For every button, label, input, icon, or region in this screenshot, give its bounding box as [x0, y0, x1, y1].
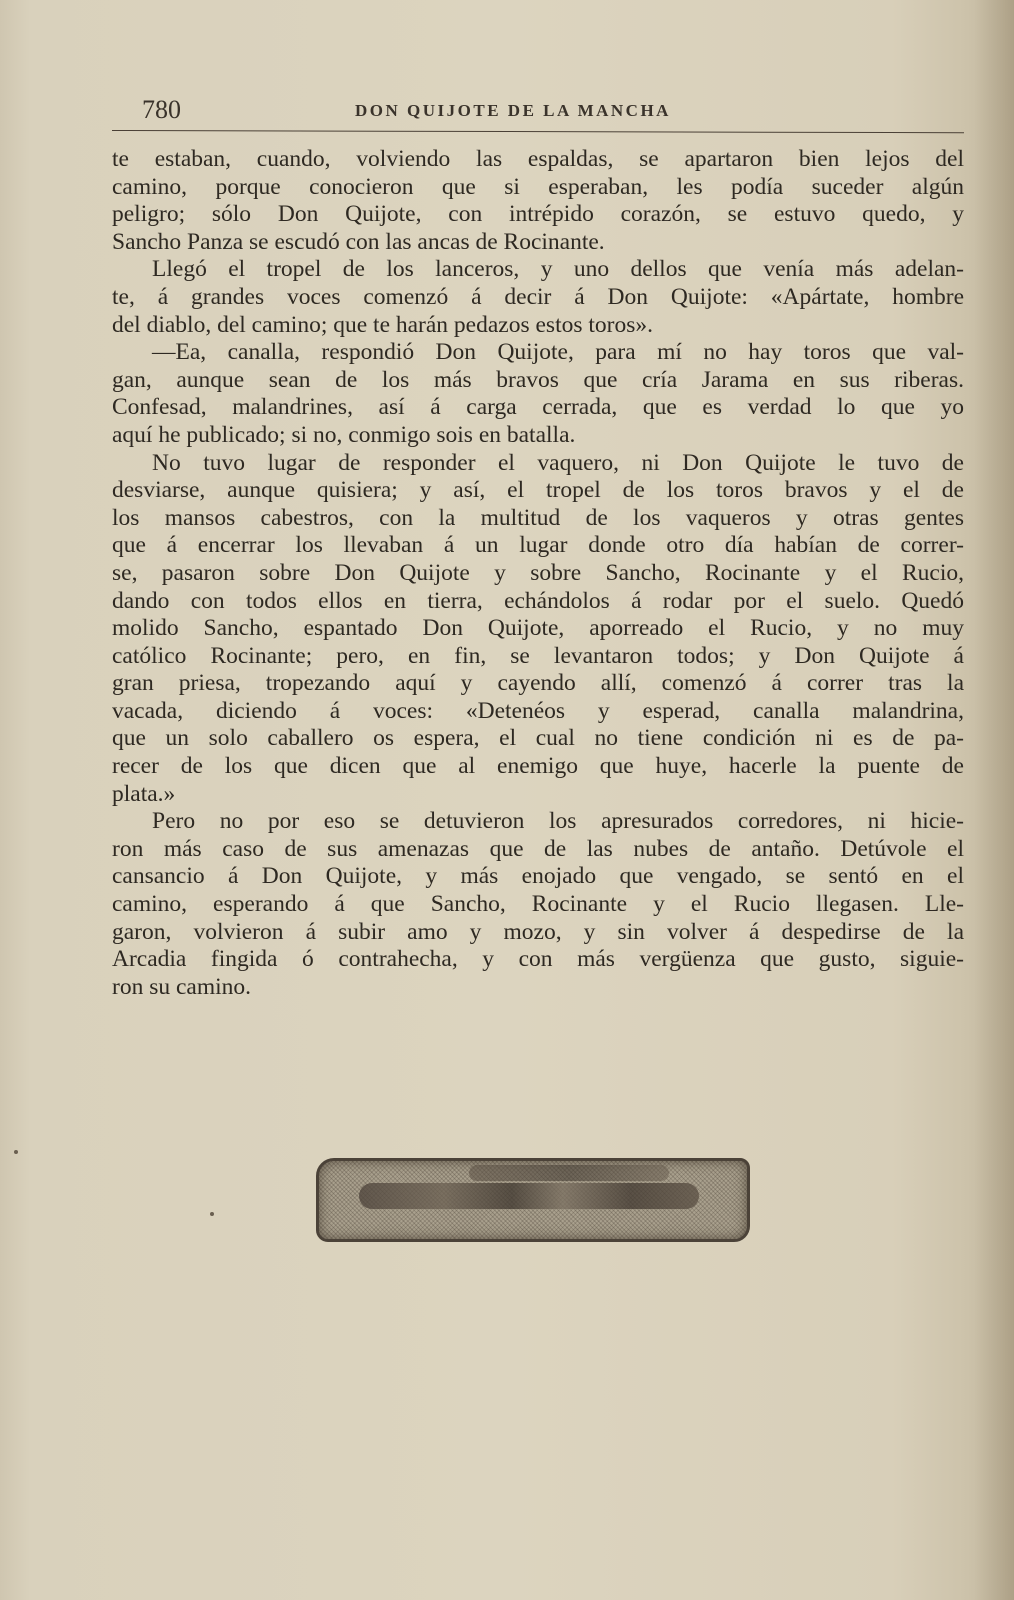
text-line: camino, esperando á que Sancho, Rocinant… — [112, 891, 964, 919]
tailpiece-illustration — [316, 1158, 750, 1242]
text-line: camino, porque conocieron que si esperab… — [112, 174, 964, 202]
text-line: —Ea, canalla, respondió Don Quijote, par… — [112, 339, 964, 367]
page-edge-shadow — [974, 0, 1014, 1600]
paper-speck — [210, 1212, 214, 1216]
text-line: que á encerrar los llevaban á un lugar d… — [112, 532, 964, 560]
illustration-figure — [359, 1183, 699, 1209]
paper-speck — [14, 1150, 18, 1154]
text-line: aquí he publicado; si no, conmigo sois e… — [112, 422, 964, 450]
text-line: que un solo caballero os espera, el cual… — [112, 725, 964, 753]
text-line: Pero no por eso se detuvieron los apresu… — [112, 808, 964, 836]
text-line: Arcadia fingida ó contrahecha, y con más… — [112, 946, 964, 974]
body-text: te estaban, cuando, volviendo las espald… — [112, 146, 964, 1001]
text-line: cansancio á Don Quijote, y más enojado q… — [112, 863, 964, 891]
text-line: Confesad, malandrines, así á carga cerra… — [112, 394, 964, 422]
paragraph-5: Pero no por eso se detuvieron los apresu… — [112, 808, 964, 1001]
text-line: del diablo, del camino; que te harán ped… — [112, 312, 964, 340]
text-line: los mansos cabestros, con la multitud de… — [112, 505, 964, 533]
text-line: ron más caso de sus amenazas que de las … — [112, 836, 964, 864]
illustration-figure — [469, 1165, 669, 1181]
page-header: 780 DON QUIJOTE DE LA MANCHA — [112, 95, 962, 131]
paragraph-2: Llegó el tropel de los lanceros, y uno d… — [112, 256, 964, 339]
text-line: gan, aunque sean de los más bravos que c… — [112, 367, 964, 395]
paragraph-4: No tuvo lugar de responder el vaquero, n… — [112, 450, 964, 809]
text-line: desviarse, aunque quisiera; y así, el tr… — [112, 477, 964, 505]
text-line: plata.» — [112, 781, 964, 809]
text-line: garon, volvieron á subir amo y mozo, y s… — [112, 919, 964, 947]
text-line: se, pasaron sobre Don Quijote y sobre Sa… — [112, 560, 964, 588]
running-title: DON QUIJOTE DE LA MANCHA — [355, 101, 671, 121]
text-line: peligro; sólo Don Quijote, con intrépido… — [112, 201, 964, 229]
text-line: vacada, diciendo á voces: «Detenéos y es… — [112, 698, 964, 726]
text-line: gran priesa, tropezando aquí y cayendo a… — [112, 670, 964, 698]
text-line: Llegó el tropel de los lanceros, y uno d… — [112, 256, 964, 284]
text-line: recer de los que dicen que al enemigo qu… — [112, 753, 964, 781]
text-line: católico Rocinante; pero, en fin, se lev… — [112, 643, 964, 671]
text-line: Sancho Panza se escudó con las ancas de … — [112, 229, 964, 257]
text-line: dando con todos ellos en tierra, echándo… — [112, 588, 964, 616]
text-line: ron su camino. — [112, 974, 964, 1002]
paragraph-1: te estaban, cuando, volviendo las espald… — [112, 146, 964, 256]
paragraph-3: —Ea, canalla, respondió Don Quijote, par… — [112, 339, 964, 449]
text-line: te estaban, cuando, volviendo las espald… — [112, 146, 964, 174]
text-line: molido Sancho, espantado Don Quijote, ap… — [112, 615, 964, 643]
text-line: No tuvo lugar de responder el vaquero, n… — [112, 450, 964, 478]
text-line: te, á grandes voces comenzó á decir á Do… — [112, 284, 964, 312]
page-number: 780 — [142, 95, 181, 125]
